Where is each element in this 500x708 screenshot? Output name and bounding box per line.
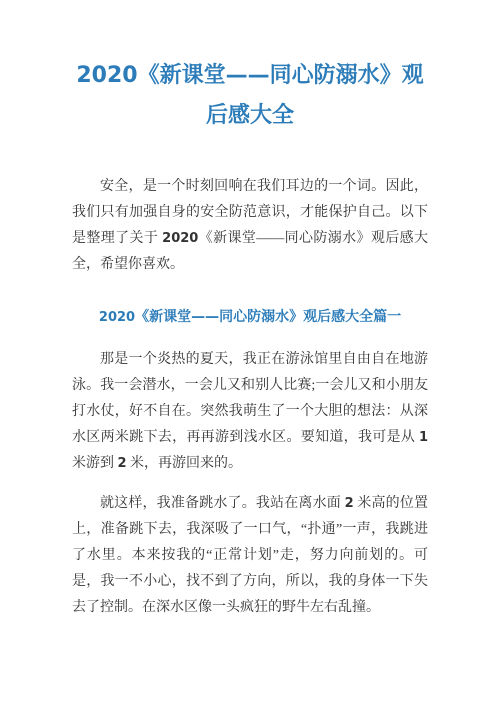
body-paragraph-2: 就这样，我准备跳水了。我站在离水面 2 米高的位置上，准备跳下去，我深吸了一口气… [72,491,428,621]
section-heading: 2020《新课堂——同心防溺水》观后感大全篇一 [72,304,428,331]
intro-paragraph: 安全，是一个时刻回响在我们耳边的一个词。因此，我们只有加强自身的安全防范意识，才… [72,174,428,278]
page-title: 2020《新课堂——同心防溺水》观后感大全 [74,56,426,136]
document-page: 2020《新课堂——同心防溺水》观后感大全 安全，是一个时刻回响在我们耳边的一个… [0,0,500,708]
body-paragraph-1: 那是一个炎热的夏天，我正在游泳馆里自由自在地游泳。我一会潜水，一会儿又和别人比赛… [72,347,428,477]
